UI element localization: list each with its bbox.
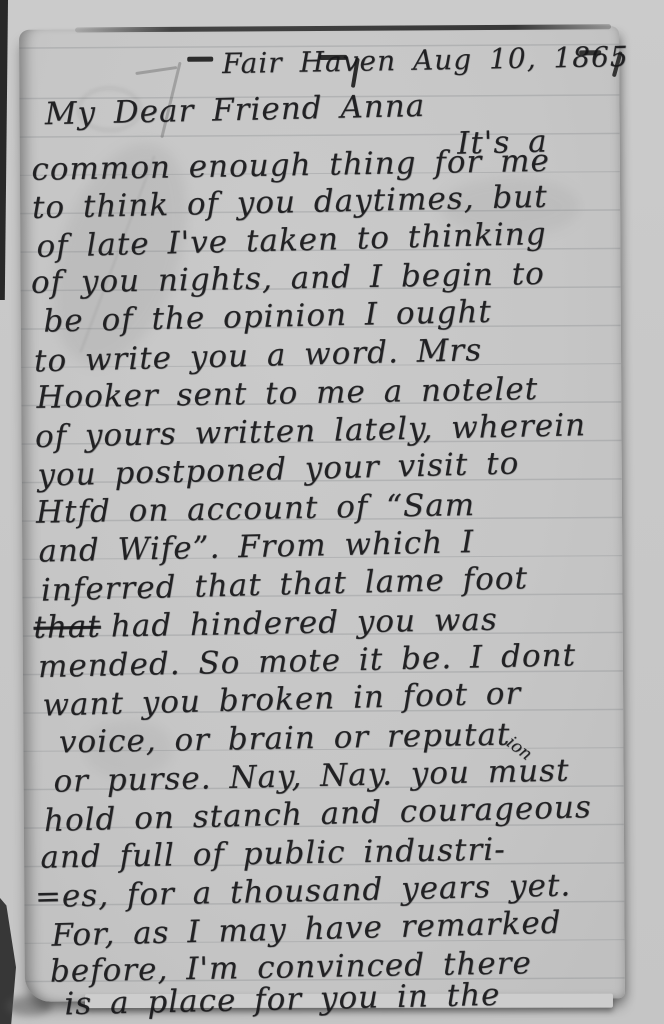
- letter-scan: Fair Haven Aug 10, 1865 My Dear Friend A…: [0, 0, 664, 1024]
- handwritten-text: My Dear Friend Anna: [44, 88, 425, 132]
- salutation: My Dear Friend Anna: [44, 87, 425, 134]
- handwritten-text: had hindered you was: [111, 602, 499, 645]
- handwritten-text: Fair Haven Aug 10, 1865: [222, 40, 629, 80]
- letter-line: is a place for you in the: [64, 976, 501, 1024]
- dateline: Fair Haven Aug 10, 1865: [222, 37, 629, 83]
- struck-word: that: [33, 609, 101, 646]
- handwritten-text: is a place for you in the: [64, 977, 501, 1023]
- photo-edge-artifact: [0, 0, 8, 300]
- handwriting-layer: Fair Haven Aug 10, 1865 My Dear Friend A…: [16, 24, 629, 1004]
- letter-page: Fair Haven Aug 10, 1865 My Dear Friend A…: [19, 26, 625, 1002]
